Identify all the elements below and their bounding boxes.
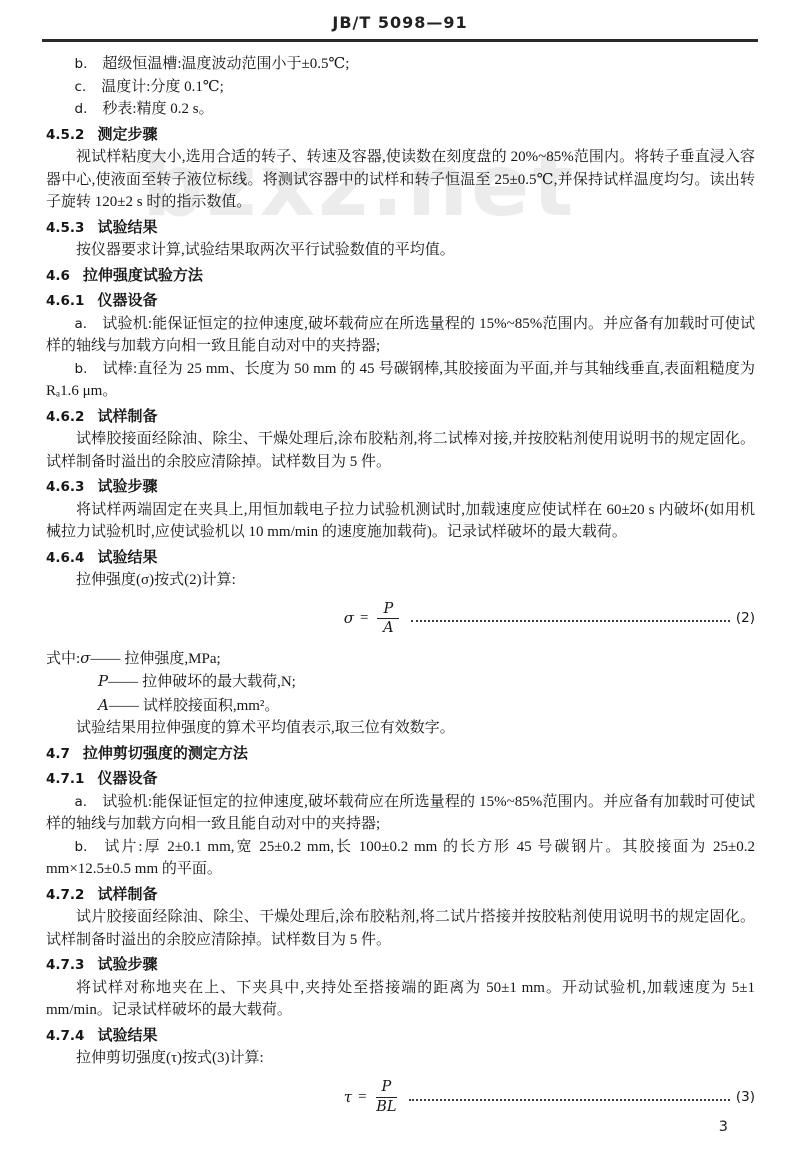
formula: τ=PBL(3) xyxy=(46,1079,755,1115)
list-item: a.试验机:能保证恒定的拉伸速度,破坏载荷应在所选量程的 15%~85%范围内。… xyxy=(46,791,755,836)
paragraph: 试片胶接面经除油、除尘、干燥处理后,涂布胶粘剂,将二试片搭接并按胶粘剂使用说明书… xyxy=(46,906,755,951)
section-heading: 4.6.3试验步骤 xyxy=(46,476,755,499)
fraction: PBL xyxy=(376,1079,398,1115)
list-item-text: 试验机:能保证恒定的拉伸速度,破坏载荷应在所选量程的 15%~85%范围内。并应… xyxy=(46,316,755,355)
section-heading: 4.5.3试验结果 xyxy=(46,217,755,240)
list-item: b.试棒:直径为 25 mm、长度为 50 mm 的 45 号碳钢棒,其胶接面为… xyxy=(46,358,755,403)
section-number: 4.7.1 xyxy=(46,771,84,787)
section-number: 4.6.2 xyxy=(46,409,84,425)
list-item: c.温度计:分度 0.1℃; xyxy=(46,76,755,99)
equals-sign: = xyxy=(360,607,368,630)
section-heading: 4.5.2测定步骤 xyxy=(46,124,755,147)
fraction-denominator: A xyxy=(383,619,393,637)
def-dash: —— xyxy=(108,674,138,690)
def-symbol: σ xyxy=(80,649,90,667)
def-description: 拉伸破坏的最大载荷,N; xyxy=(142,674,296,690)
document-header: JB/T 5098—91 xyxy=(0,0,800,32)
section-number: 4.7.2 xyxy=(46,887,84,903)
def-dash: —— xyxy=(109,698,139,714)
paragraph: 按仪器要求计算,试验结果取两次平行试验数值的平均值。 xyxy=(46,239,755,262)
formula-expression: σ=PA xyxy=(344,601,399,637)
list-item: b.超级恒温槽:温度波动范围小于±0.5℃; xyxy=(46,53,755,76)
formula-symbol: τ xyxy=(344,1086,352,1109)
page-number: 3 xyxy=(719,1119,728,1135)
paragraph: 视试样粘度大小,选用合适的转子、转速及容器,使读数在刻度盘的 20%~85%范围… xyxy=(46,146,755,214)
section-title: 试验步骤 xyxy=(97,479,157,495)
section-number: 4.6 xyxy=(46,268,70,284)
section-number: 4.6.1 xyxy=(46,293,84,309)
list-item-text: 秒表:精度 0.2 s。 xyxy=(102,101,213,117)
section-title: 测定步骤 xyxy=(97,127,157,143)
list-item: d.秒表:精度 0.2 s。 xyxy=(46,98,755,121)
section-heading: 4.7.2试样制备 xyxy=(46,884,755,907)
dotted-leader xyxy=(409,1098,730,1101)
paragraph: 将试样两端固定在夹具上,用恒加载电子拉力试验机测试时,加载速度应使试样在 60±… xyxy=(46,499,755,544)
document-page: bzxz.net JB/T 5098—91 b.超级恒温槽:温度波动范围小于±0… xyxy=(0,0,800,1151)
section-title: 仪器设备 xyxy=(97,293,157,309)
section-title: 拉伸强度试验方法 xyxy=(83,268,203,284)
list-item-label: c. xyxy=(75,79,87,95)
symbol-definition: P——拉伸破坏的最大载荷,N; xyxy=(46,670,755,694)
list-item-text: 超级恒温槽:温度波动范围小于±0.5℃; xyxy=(102,56,349,72)
def-dash: —— xyxy=(90,651,120,667)
paragraph: 拉伸强度(σ)按式(2)计算: xyxy=(46,569,755,592)
list-item-label: b. xyxy=(75,56,88,72)
def-symbol: P xyxy=(98,672,108,690)
list-item-label: b. xyxy=(75,839,88,855)
symbol-definition: 式中:σ——拉伸强度,MPa; xyxy=(46,647,755,671)
formula-symbol: σ xyxy=(344,607,354,630)
list-item: a.试验机:能保证恒定的拉伸速度,破坏载荷应在所选量程的 15%~85%范围内。… xyxy=(46,313,755,358)
def-lead: 式中: xyxy=(46,651,80,667)
def-description: 试样胶接面积,mm²。 xyxy=(143,698,280,714)
equals-sign: = xyxy=(358,1086,366,1109)
section-heading: 4.6.1仪器设备 xyxy=(46,290,755,313)
list-item-label: a. xyxy=(75,794,88,810)
section-heading: 4.7拉伸剪切强度的测定方法 xyxy=(46,743,755,766)
section-heading: 4.7.3试验步骤 xyxy=(46,954,755,977)
symbol-definition: A——试样胶接面积,mm²。 xyxy=(46,694,755,718)
section-title: 仪器设备 xyxy=(97,771,157,787)
fraction: PA xyxy=(377,601,399,637)
section-number: 4.5.2 xyxy=(46,127,84,143)
paragraph: 试验结果用拉伸强度的算术平均值表示,取三位有效数字。 xyxy=(46,717,755,740)
paragraph: 试棒胶接面经除油、除尘、干燥处理后,涂布胶粘剂,将二试棒对接,并按胶粘剂使用说明… xyxy=(46,428,755,473)
equation-number: (2) xyxy=(736,607,755,630)
section-number: 4.7 xyxy=(46,746,70,762)
equation-number: (3) xyxy=(736,1086,755,1109)
formula: σ=PA(2) xyxy=(46,601,755,637)
list-item-label: b. xyxy=(75,361,88,377)
fraction-numerator: P xyxy=(377,601,399,620)
paragraph: 拉伸剪切强度(τ)按式(3)计算: xyxy=(46,1047,755,1070)
standard-code: JB/T 5098—91 xyxy=(332,13,467,32)
section-heading: 4.7.1仪器设备 xyxy=(46,768,755,791)
section-number: 4.5.3 xyxy=(46,220,84,236)
fraction-numerator: P xyxy=(376,1079,398,1098)
document-blocks: b.超级恒温槽:温度波动范围小于±0.5℃;c.温度计:分度 0.1℃;d.秒表… xyxy=(0,42,800,1115)
list-item-text: 试片:厚 2±0.1 mm,宽 25±0.2 mm,长 100±0.2 mm 的… xyxy=(46,839,755,878)
list-item-label: a. xyxy=(75,316,88,332)
section-heading: 4.7.4试验结果 xyxy=(46,1025,755,1048)
section-title: 试样制备 xyxy=(97,887,157,903)
section-title: 试验步骤 xyxy=(97,957,157,973)
section-title: 试验结果 xyxy=(97,1028,157,1044)
list-item-label: d. xyxy=(75,101,88,117)
formula-expression: τ=PBL xyxy=(344,1079,398,1115)
section-title: 试验结果 xyxy=(97,220,157,236)
paragraph: 将试样对称地夹在上、下夹具中,夹持处至搭接端的距离为 50±1 mm。开动试验机… xyxy=(46,977,755,1022)
section-heading: 4.6拉伸强度试验方法 xyxy=(46,265,755,288)
list-item-text: 试验机:能保证恒定的拉伸速度,破坏载荷应在所选量程的 15%~85%范围内。并应… xyxy=(46,794,755,833)
section-heading: 4.6.4试验结果 xyxy=(46,547,755,570)
section-number: 4.7.3 xyxy=(46,957,84,973)
section-number: 4.6.4 xyxy=(46,550,84,566)
section-number: 4.6.3 xyxy=(46,479,84,495)
def-symbol: A xyxy=(98,696,109,714)
section-number: 4.7.4 xyxy=(46,1028,84,1044)
section-heading: 4.6.2试样制备 xyxy=(46,406,755,429)
fraction-denominator: BL xyxy=(376,1098,396,1116)
dotted-leader xyxy=(411,619,730,622)
list-item: b.试片:厚 2±0.1 mm,宽 25±0.2 mm,长 100±0.2 mm… xyxy=(46,836,755,881)
section-title: 试样制备 xyxy=(97,409,157,425)
def-description: 拉伸强度,MPa; xyxy=(124,651,220,667)
list-item-text: 温度计:分度 0.1℃; xyxy=(101,79,224,95)
section-title: 试验结果 xyxy=(97,550,157,566)
section-title: 拉伸剪切强度的测定方法 xyxy=(83,746,248,762)
list-item-text: 试棒:直径为 25 mm、长度为 50 mm 的 45 号碳钢棒,其胶接面为平面… xyxy=(46,361,755,400)
